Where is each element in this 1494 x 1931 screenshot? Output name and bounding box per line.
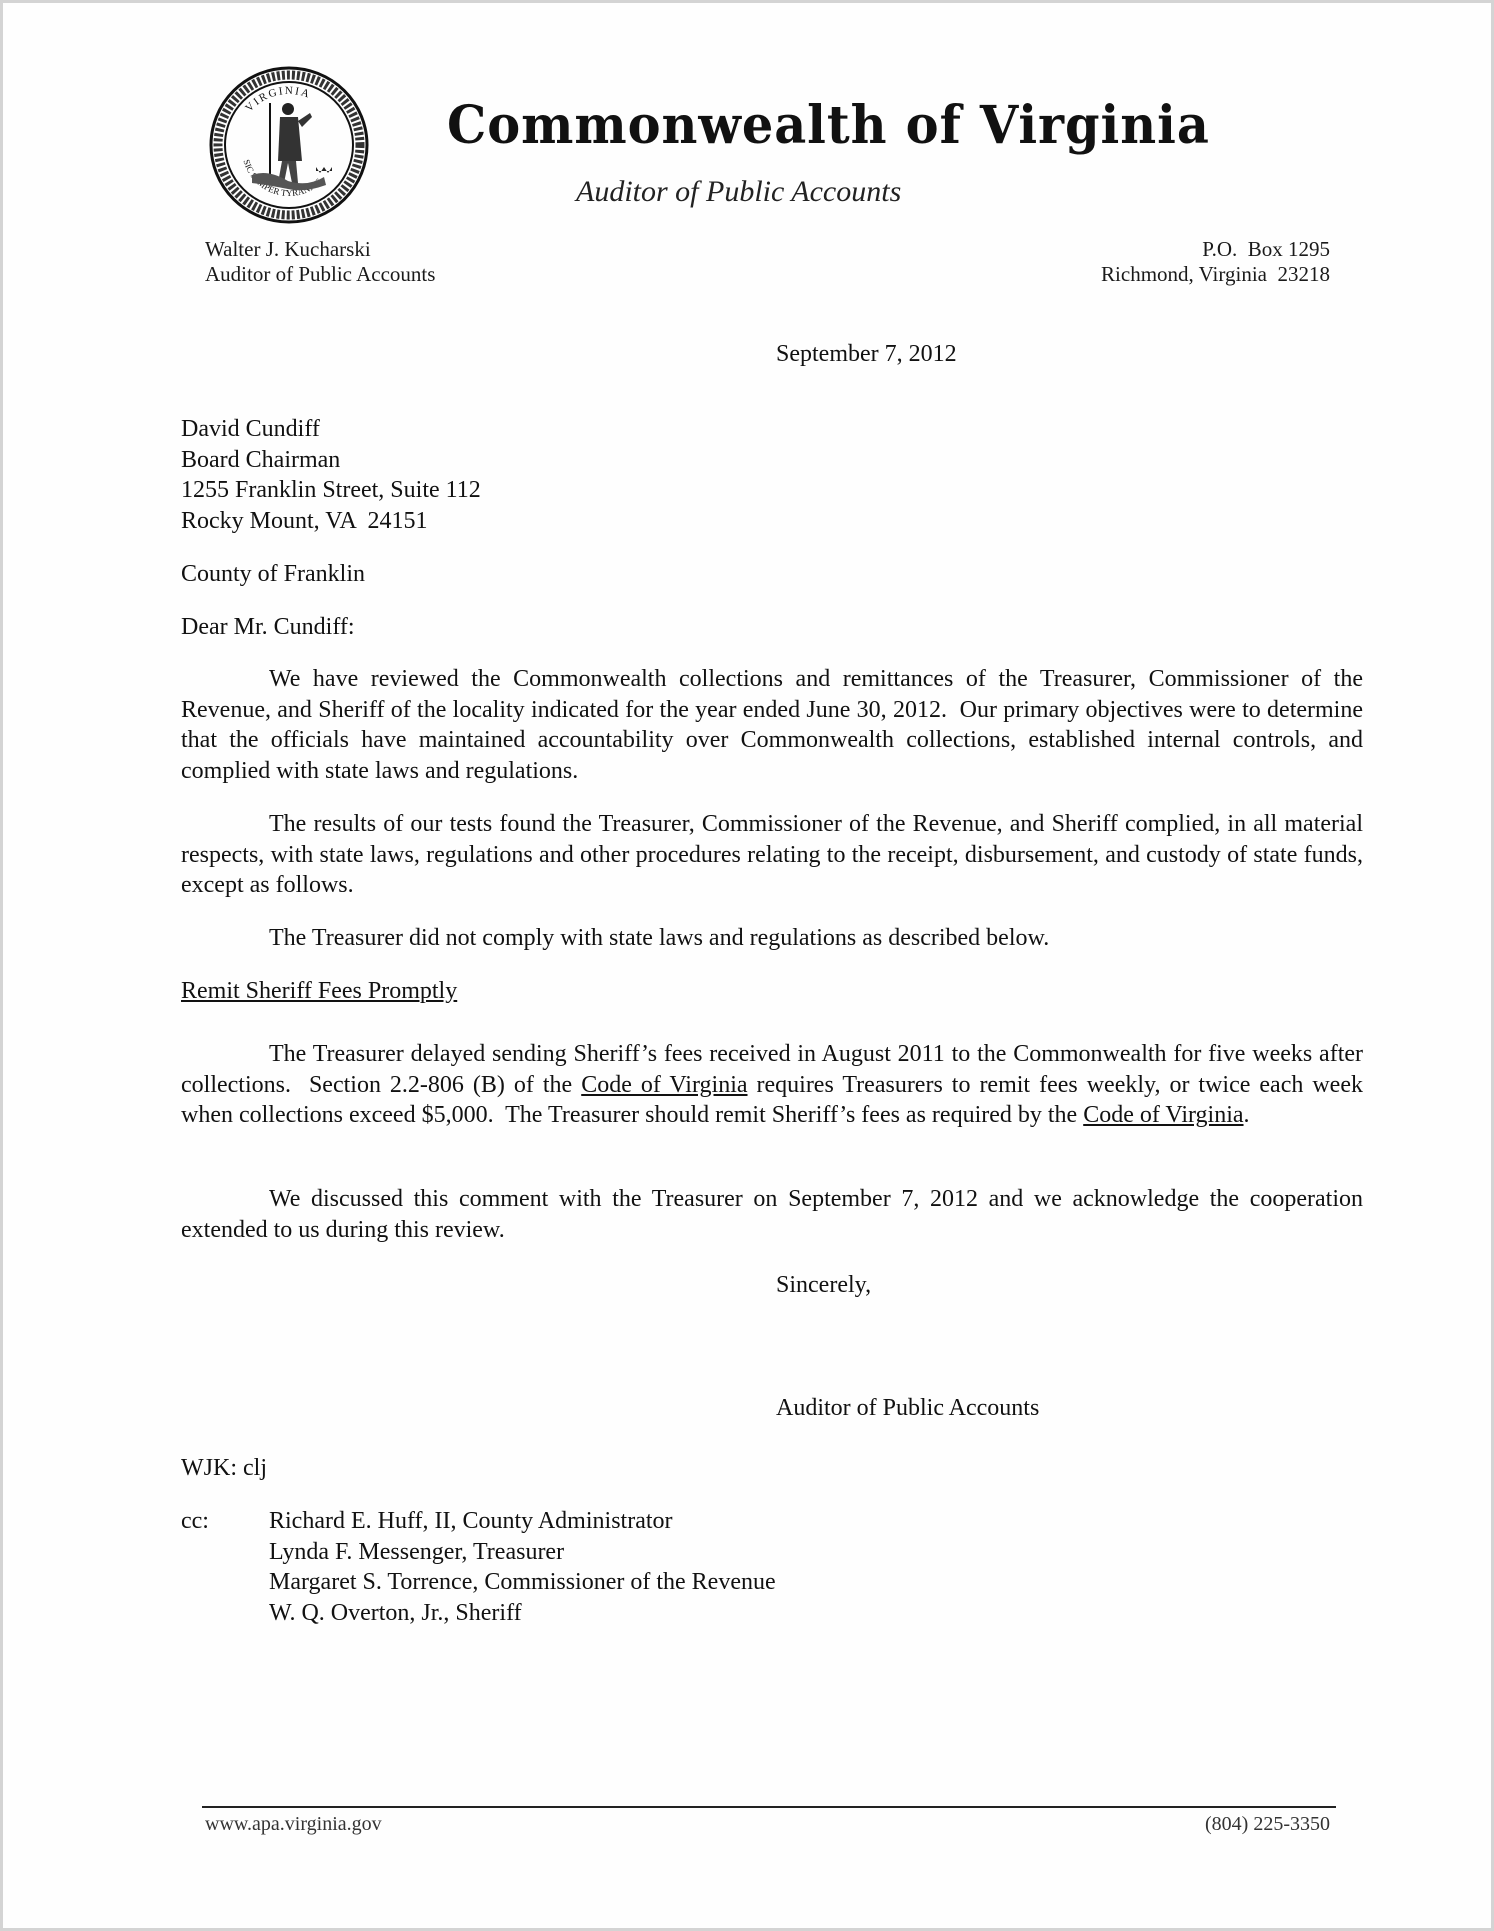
recipient-street: 1255 Franklin Street, Suite 112 [181, 475, 481, 506]
cc-recipient: Richard E. Huff, II, County Administrato… [269, 1506, 776, 1537]
salutation: Dear Mr. Cundiff: [181, 612, 355, 643]
signature: Auditor of Public Accounts [776, 1393, 1039, 1424]
letterhead-title: Commonwealth of Virginia [447, 95, 1210, 156]
letterhead-subtitle: Auditor of Public Accounts [576, 175, 901, 209]
paragraph-finding: The Treasurer delayed sending Sheriff’s … [181, 1039, 1363, 1131]
reference-initials: WJK: clj [181, 1453, 267, 1484]
cc-recipient: Margaret S. Torrence, Commissioner of th… [269, 1567, 776, 1598]
letterhead-address-block: P.O. Box 1295 Richmond, Virginia 23218 [1101, 237, 1330, 287]
paragraph-discussion: We discussed this comment with the Treas… [181, 1184, 1363, 1245]
letter-date: September 7, 2012 [776, 339, 957, 370]
paragraph-objectives: We have reviewed the Commonwealth collec… [181, 664, 1363, 786]
code-of-virginia-reference: Code of Virginia [1083, 1102, 1243, 1128]
city-state-zip: Richmond, Virginia 23218 [1101, 262, 1330, 287]
closing: Sincerely, [776, 1270, 871, 1301]
recipient-name: David Cundiff [181, 414, 481, 445]
cc-recipient: W. Q. Overton, Jr., Sheriff [269, 1598, 776, 1629]
cc-list: Richard E. Huff, II, County Administrato… [269, 1506, 776, 1628]
letterhead-auditor-block: Walter J. Kucharski Auditor of Public Ac… [205, 237, 435, 287]
finding-heading: Remit Sheriff Fees Promptly [181, 976, 457, 1007]
letter-page: VIRGINIA SIC SEMPER TYRANNIS Commonwealt… [3, 3, 1491, 1928]
cc-label: cc: [181, 1506, 209, 1537]
auditor-name: Walter J. Kucharski [205, 237, 435, 262]
cc-recipient: Lynda F. Messenger, Treasurer [269, 1537, 776, 1568]
recipient-address: David Cundiff Board Chairman 1255 Frankl… [181, 414, 481, 536]
footer-phone: (804) 225-3350 [1205, 1813, 1330, 1836]
recipient-city: Rocky Mount, VA 24151 [181, 506, 481, 537]
footer-website: www.apa.virginia.gov [205, 1813, 382, 1836]
footer-divider [202, 1806, 1336, 1808]
paragraph-noncompliance: The Treasurer did not comply with state … [181, 923, 1363, 954]
locality: County of Franklin [181, 559, 365, 590]
paragraph-results: The results of our tests found the Treas… [181, 809, 1363, 901]
recipient-title: Board Chairman [181, 445, 481, 476]
auditor-title: Auditor of Public Accounts [205, 262, 435, 287]
virginia-seal-icon: VIRGINIA SIC SEMPER TYRANNIS [208, 65, 370, 225]
po-box: P.O. Box 1295 [1101, 237, 1330, 262]
code-of-virginia-reference: Code of Virginia [581, 1072, 747, 1098]
